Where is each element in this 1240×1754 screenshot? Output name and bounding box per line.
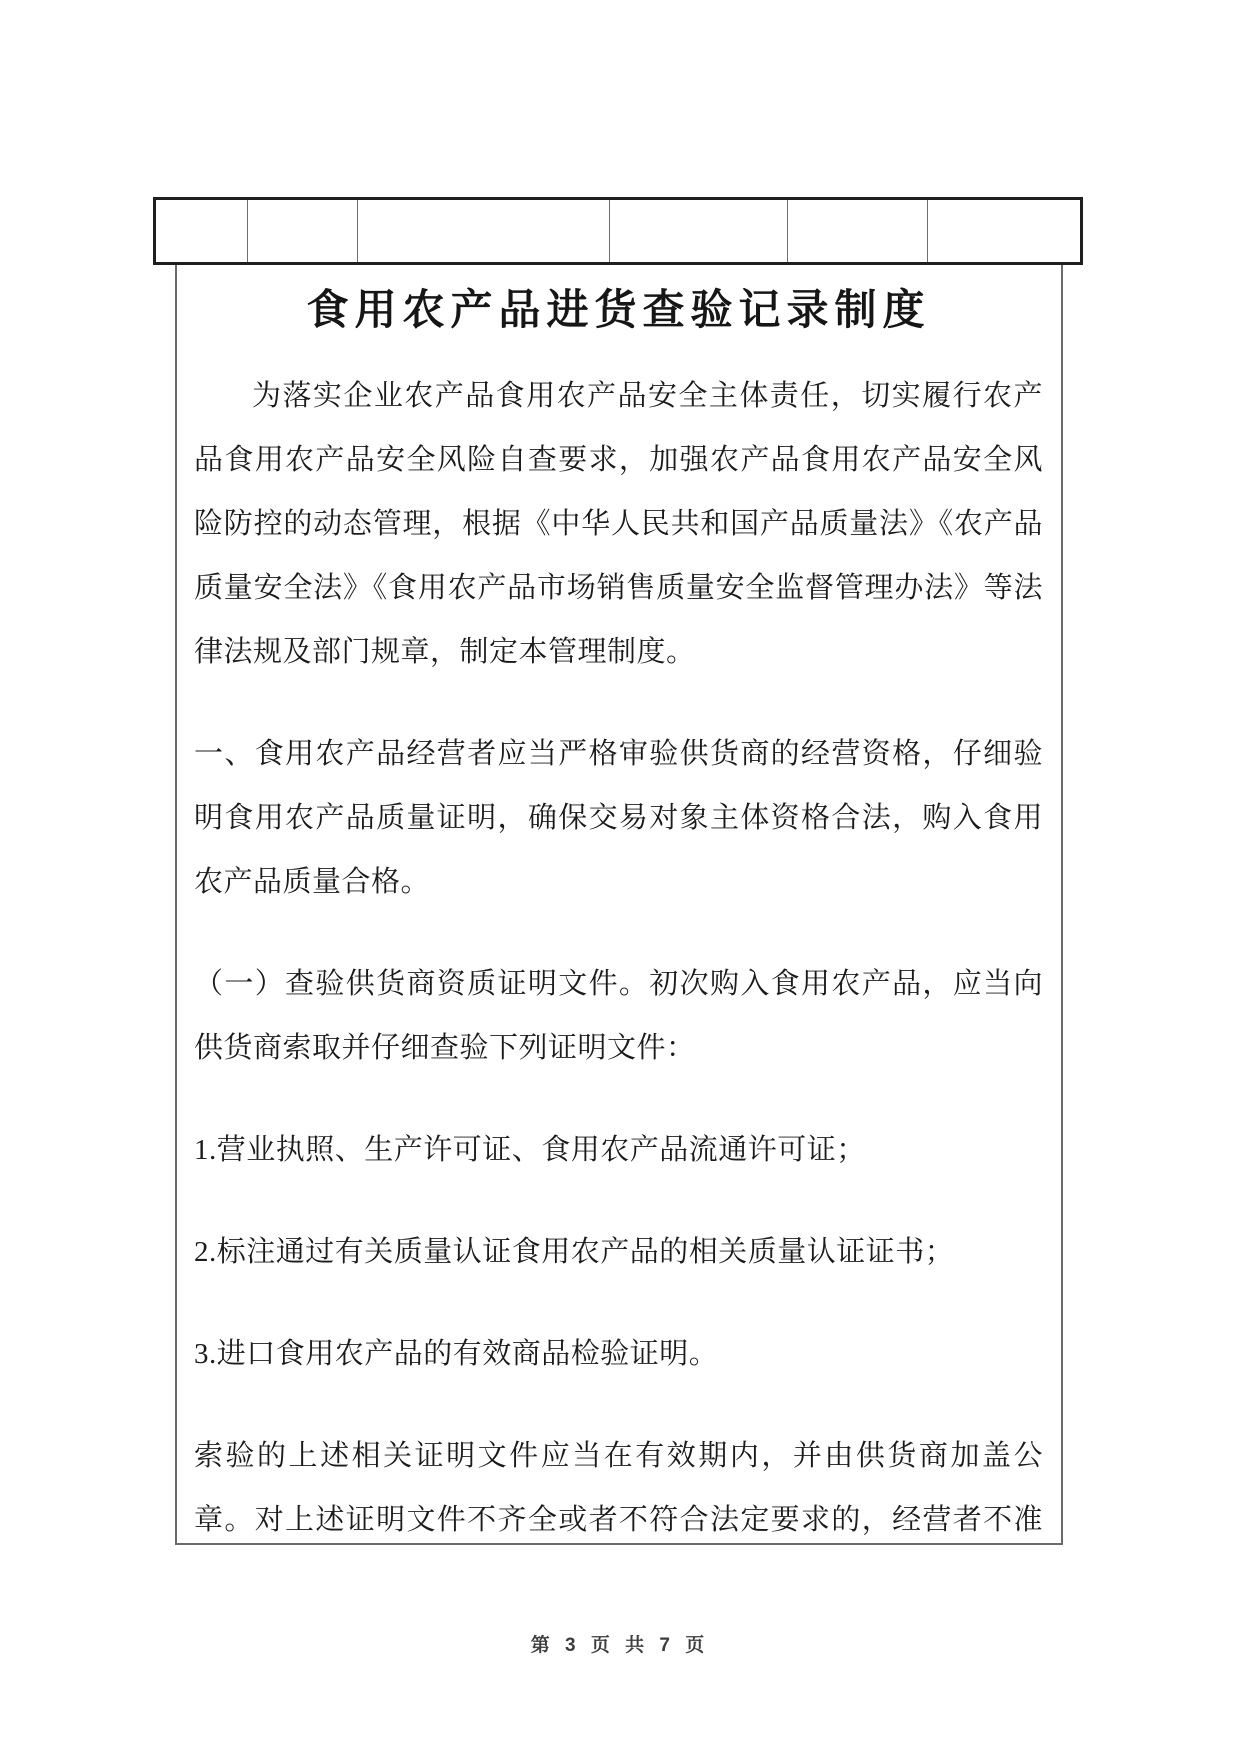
paragraph-intro: 为落实企业农产品食用农产品安全主体责任，切实履行农产品食用农产品安全风险自查要求… (194, 364, 1043, 684)
paragraph-item-1: 1.营业执照、生产许可证、食用农产品流通许可证； (194, 1118, 1043, 1182)
header-table-cell (156, 200, 248, 262)
paragraph-item-2: 2.标注通过有关质量认证食用农产品的相关质量认证证书； (194, 1220, 1043, 1284)
header-table-cell (928, 200, 1080, 262)
paragraph-item-3: 3.进口食用农产品的有效商品检验证明。 (194, 1322, 1043, 1386)
header-table-cell (610, 200, 788, 262)
header-table (153, 197, 1083, 265)
page-number: 第 3 页 共 7 页 (0, 1630, 1240, 1657)
content-border-box: 食用农产品进货查验记录制度 为落实企业农产品食用农产品安全主体责任，切实履行农产… (175, 263, 1063, 1545)
header-table-cell (788, 200, 928, 262)
paragraph-subsection-1: （一）查验供货商资质证明文件。初次购入食用农产品，应当向供货商索取并仔细查验下列… (194, 952, 1043, 1080)
document-page: 食用农产品进货查验记录制度 为落实企业农产品食用农产品安全主体责任，切实履行农产… (0, 0, 1240, 1754)
header-table-cell (358, 200, 610, 262)
paragraph-section-1: 一、食用农产品经营者应当严格审验供货商的经营资格，仔细验明食用农产品质量证明，确… (194, 722, 1043, 914)
document-title: 食用农产品进货查验记录制度 (194, 285, 1043, 338)
paragraph-closing: 索验的上述相关证明文件应当在有效期内，并由供货商加盖公章。对上述证明文件不齐全或… (194, 1424, 1043, 1546)
header-table-cell (248, 200, 358, 262)
